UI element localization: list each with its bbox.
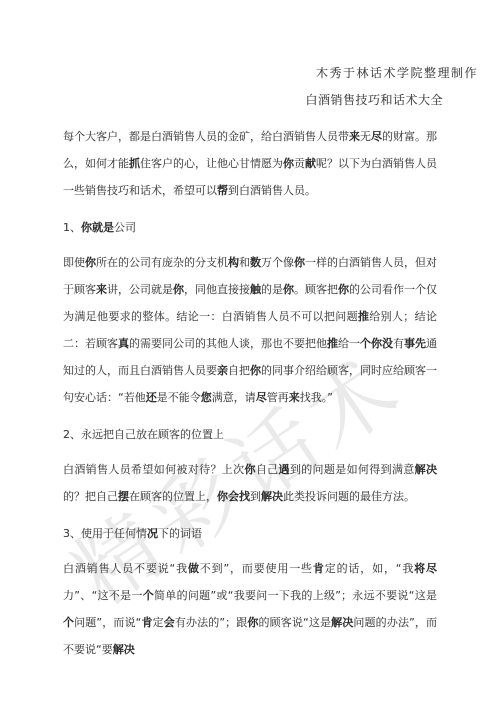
document-body: 每个大客户，都是白酒销售人员的金矿，给白酒销售人员带来无尽的财富。那么，如何才能… [63, 123, 437, 673]
doc-title: 白酒销售技巧和话术大全 [305, 91, 443, 108]
document-page: 精彩话术 木秀于林话术学院整理制作 白酒销售技巧和话术大全 每个大客户，都是白酒… [0, 0, 500, 708]
section-2-paragraph: 白酒销售人员希望如何被对待？上次你自己遇到的问题是如何得到满意解决的？把自己摆在… [63, 456, 437, 510]
section-heading-3: 3、使用于任何情况下的词语 [63, 520, 437, 547]
credit-line: 木秀于林话术学院整理制作 [316, 64, 478, 81]
intro-paragraph: 每个大客户，都是白酒销售人员的金矿，给白酒销售人员带来无尽的财富。那么，如何才能… [63, 123, 437, 204]
section-heading-1: 1、你就是公司 [63, 214, 437, 241]
section-3-paragraph: 白酒销售人员不要说“我做不到”，而要使用一些肯定的话，如，“我将尽力”、“这不是… [63, 555, 437, 663]
section-1-paragraph: 即使你所在的公司有庞杂的分支机构和数万个像你一样的白酒销售人员，但对于顾客来讲，… [63, 249, 437, 411]
section-heading-2: 2、永远把自己放在顾客的位置上 [63, 421, 437, 448]
